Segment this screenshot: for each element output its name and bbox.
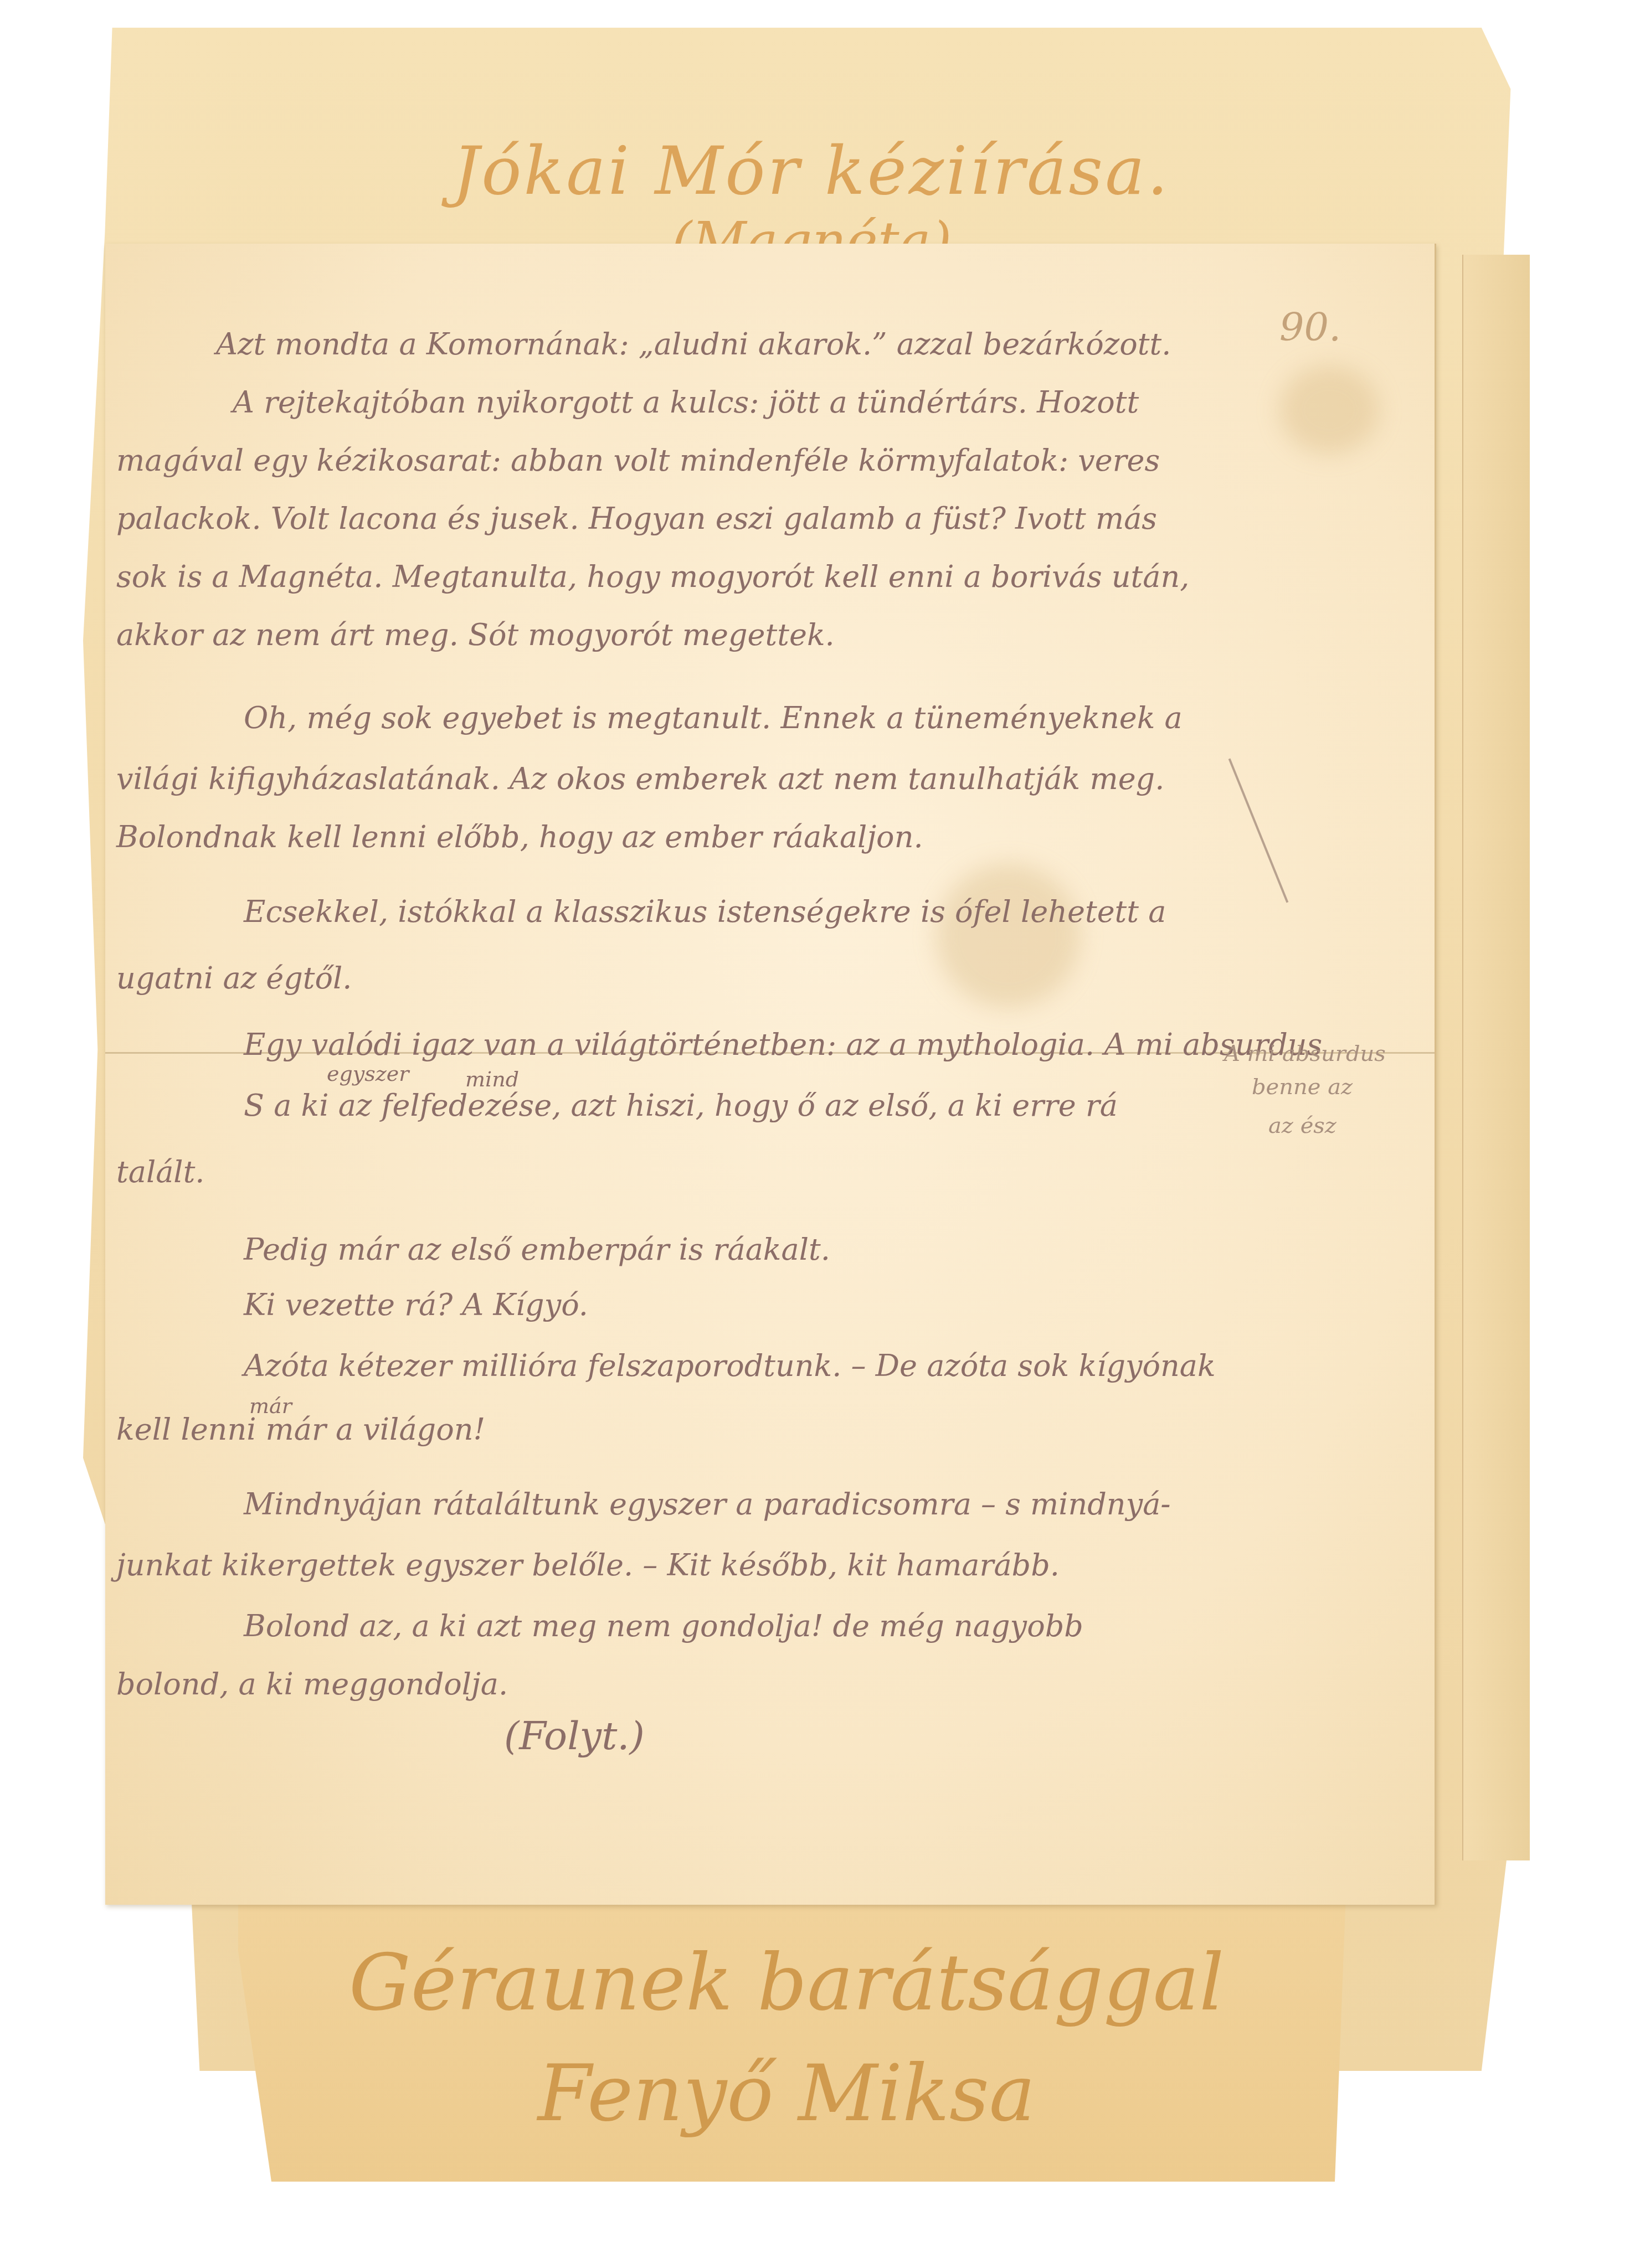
- manuscript-line: Bolondnak kell lenni előbb, hogy az embe…: [116, 822, 923, 852]
- manuscript-line: Bolond az, a ki azt meg nem gondolja! de…: [244, 1611, 1083, 1641]
- manuscript-line: Azt mondta a Komornának: „aludni akarok.…: [216, 329, 1171, 359]
- margin-note-line: A mi absurdus: [1224, 1041, 1386, 1066]
- manuscript-line: A rejtekajtóban nyikorgott a kulcs: jött…: [233, 388, 1139, 417]
- stain: [936, 864, 1080, 1008]
- manuscript-line: Pedig már az első emberpár is ráakalt.: [244, 1235, 830, 1265]
- manuscript-line: Mindnyájan rátaláltunk egyszer a paradic…: [244, 1489, 1171, 1519]
- manuscript-line: talált.: [116, 1157, 205, 1187]
- insertion-mind: mind: [465, 1069, 519, 1090]
- manuscript-line: bolond, a ki meggondolja.: [116, 1669, 508, 1699]
- manuscript-line: Azóta kétezer millióra felszaporodtunk. …: [244, 1351, 1216, 1381]
- continued-mark: (Folyt.): [504, 1717, 645, 1755]
- manuscript-line: junkat kikergettek egyszer belőle. – Kit…: [116, 1550, 1060, 1580]
- manuscript-page: 90. Azt mondta a Komornának: „aludni aka…: [105, 244, 1436, 1905]
- manuscript-line: palackok. Volt lacona és jusek. Hogyan e…: [116, 504, 1157, 534]
- dedication-signature: Fenyő Miksa: [233, 2049, 1340, 2139]
- torn-right-edge: [1462, 255, 1530, 1860]
- manuscript-line: akkor az nem árt meg. Sót mogyorót meget…: [116, 620, 835, 650]
- manuscript-line: magával egy kézikosarat: abban volt mind…: [116, 446, 1160, 476]
- manuscript-line: Ki vezette rá? A Kígyó.: [244, 1290, 588, 1320]
- insertion-egyszer: egyszer: [327, 1063, 409, 1084]
- manuscript-line: Ecsekkel, istókkal a klasszikus istenség…: [244, 897, 1166, 927]
- page-number: 90.: [1279, 305, 1341, 350]
- manuscript-line: világi kifigyházaslatának. Az okos ember…: [116, 764, 1164, 794]
- mount-header-title: Jókai Mór kéziírása.: [83, 133, 1540, 210]
- dedication-line: Géraunek barátsággal: [233, 1938, 1340, 2028]
- stain: [1279, 365, 1379, 454]
- manuscript-line: S a ki az felfedezése, azt hiszi, hogy ő…: [244, 1091, 1118, 1121]
- margin-note-line: az ész: [1268, 1113, 1336, 1138]
- manuscript-line: sok is a Magnéta. Megtanulta, hogy mogyo…: [116, 562, 1189, 592]
- manuscript-line: Egy valódi igaz van a világtörténetben: …: [244, 1030, 1322, 1060]
- manuscript-line: kell lenni már a világon!: [116, 1415, 485, 1445]
- manuscript-line: Oh, még sok egyebet is megtanult. Ennek …: [244, 703, 1183, 733]
- margin-note-line: benne az: [1252, 1074, 1353, 1100]
- manuscript-line: ugatni az égtől.: [116, 963, 352, 993]
